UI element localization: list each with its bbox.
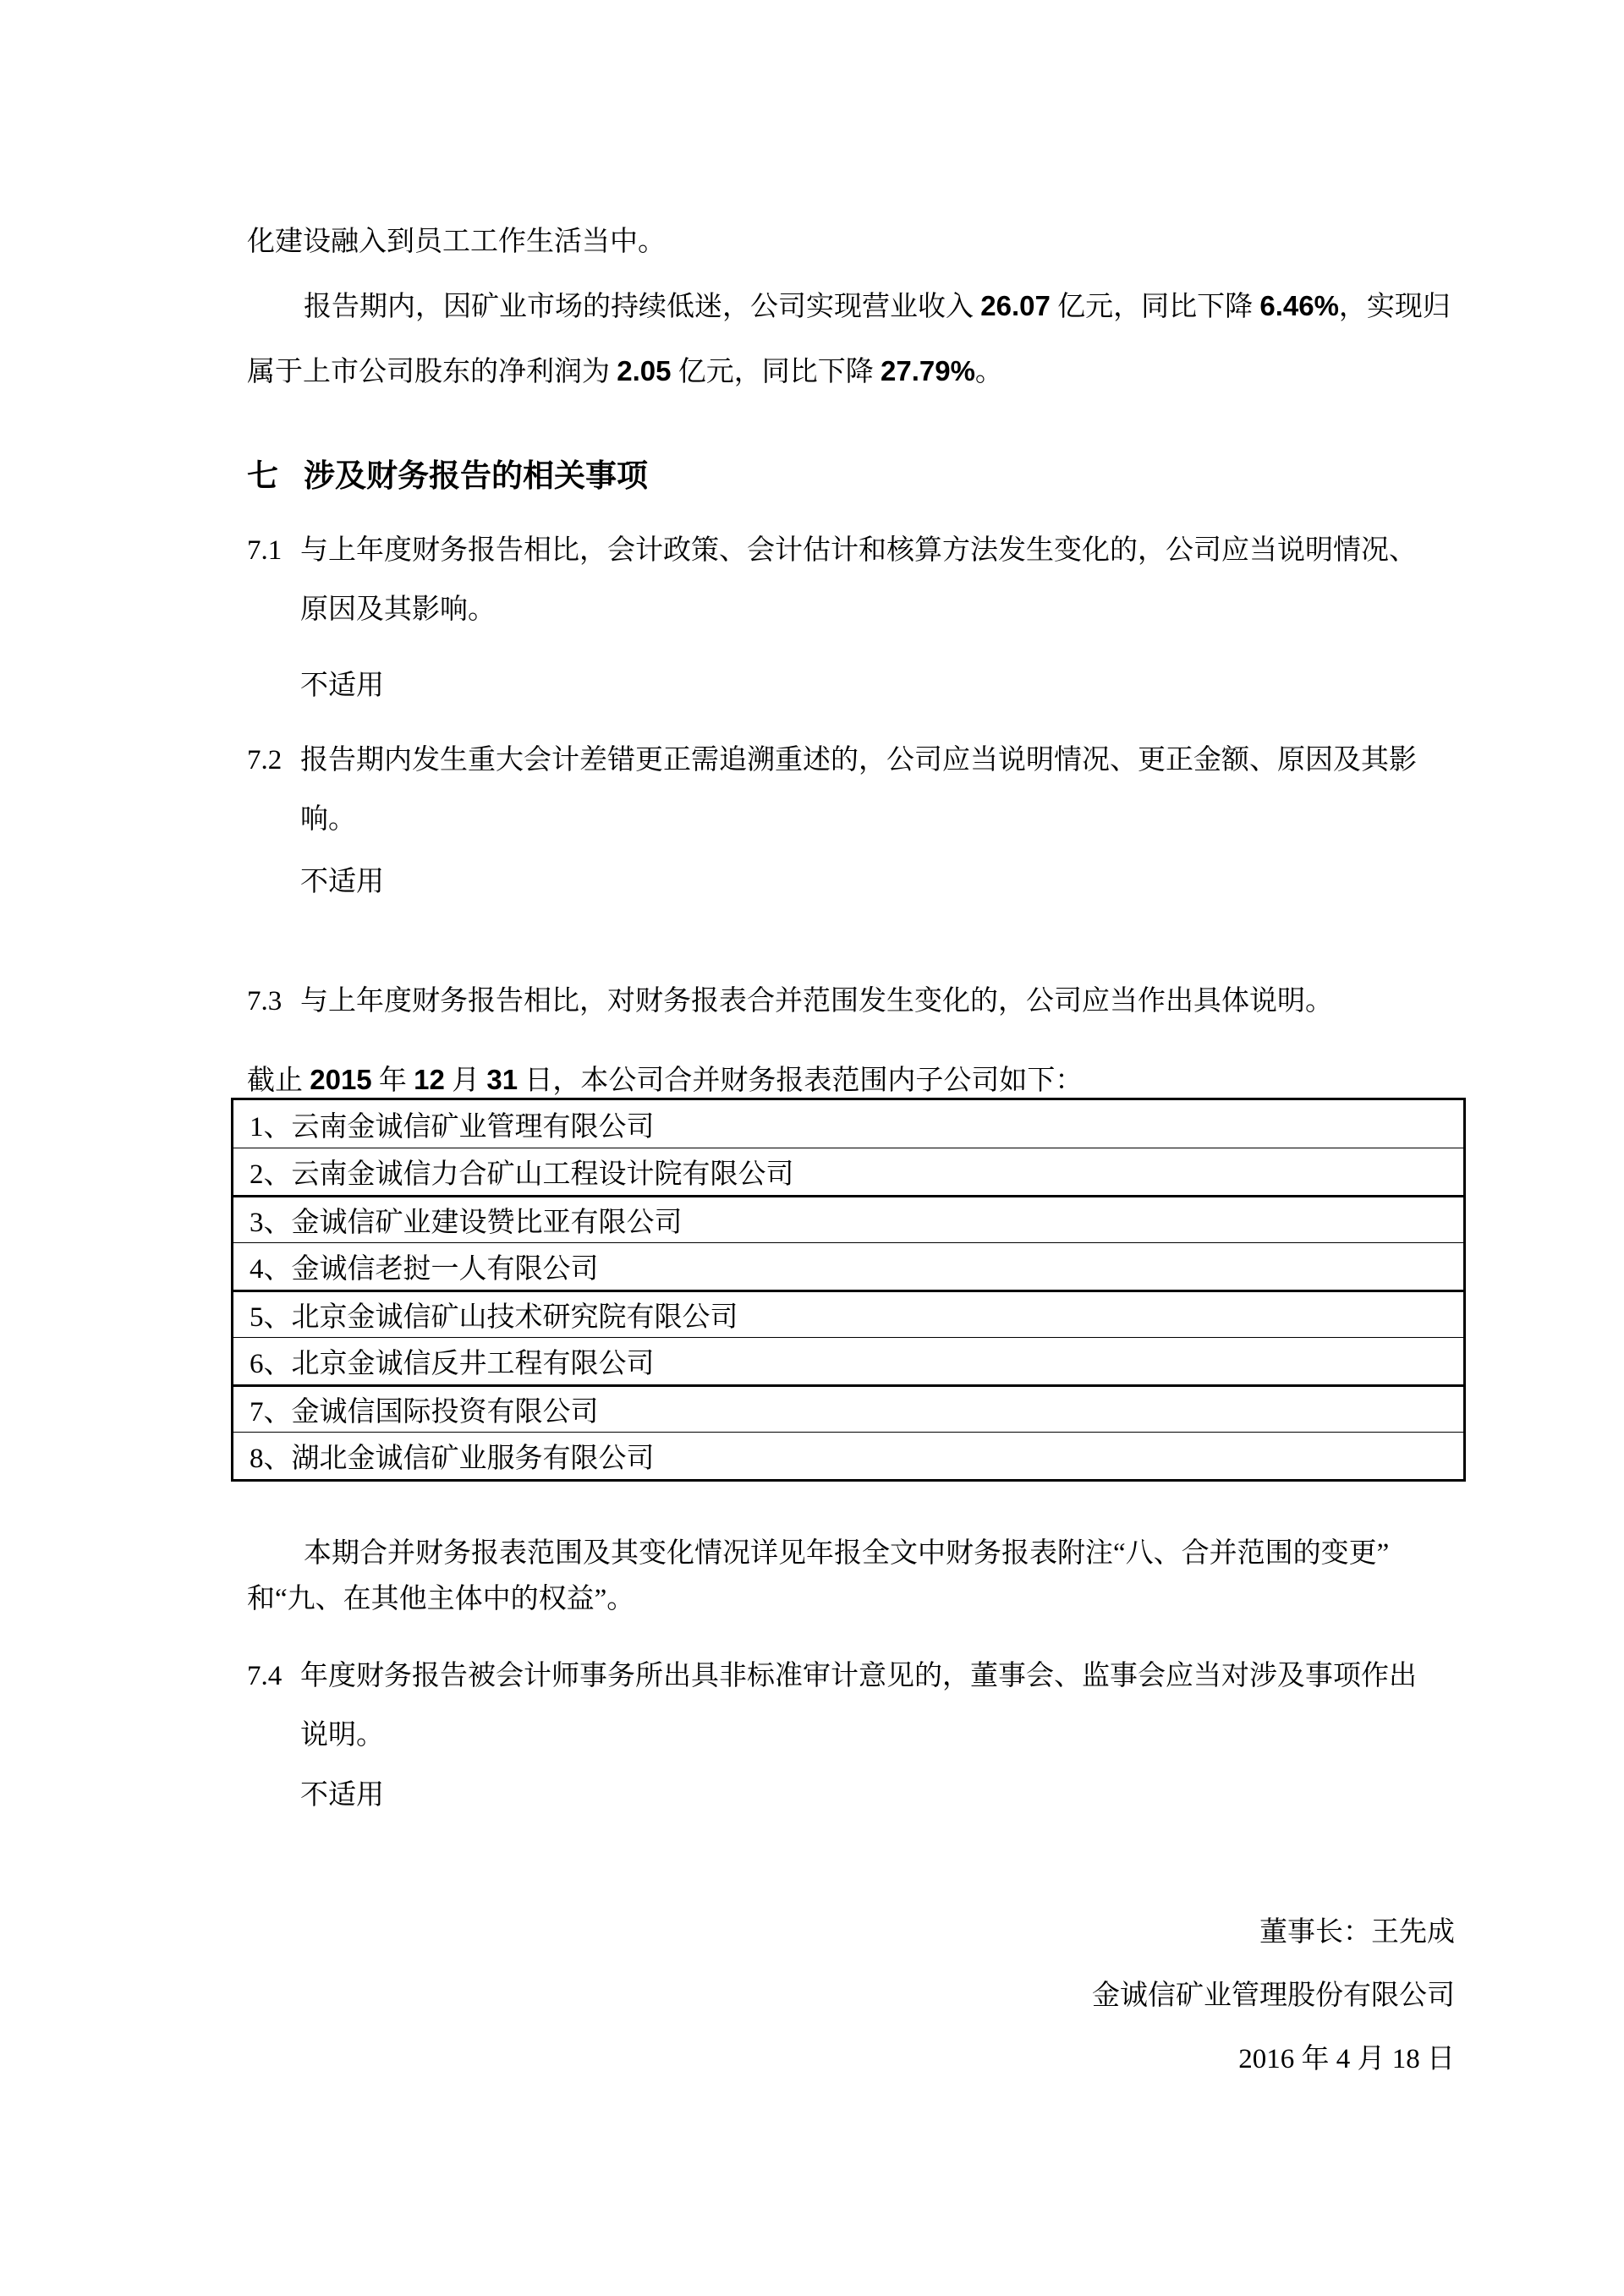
table-row: 3、金诚信矿业建设赞比亚有限公司 [233, 1195, 1463, 1242]
row-index: 7、 [250, 1389, 292, 1429]
table-row: 5、北京金诚信矿山技术研究院有限公司 [233, 1290, 1463, 1337]
row-index: 5、 [250, 1295, 292, 1334]
row-index: 4、 [250, 1247, 292, 1286]
subsidiaries-intro-line: 截止 2015 年 12 月 31 日，本公司合并财务报表范围内子公司如下： [247, 1063, 1455, 1098]
item-7-3-number: 7.3 [247, 972, 282, 1031]
inline-number: 31 [486, 1064, 518, 1095]
inline-number: 6.46% [1259, 290, 1339, 321]
intro-tail-line: 化建设融入到员工工作生活当中。 [247, 211, 1455, 274]
item-7-2-line-1: 报告期内发生重大会计差错更正需追溯重述的，公司应当说明情况、更正金额、原因及其影 [300, 731, 1455, 790]
table-row: 6、北京金诚信反井工程有限公司 [233, 1337, 1463, 1384]
row-company-name: 金诚信矿业建设赞比亚有限公司 [292, 1200, 683, 1240]
table-row: 1、云南金诚信矿业管理有限公司 [233, 1100, 1463, 1148]
scope-note-line-1: 本期合并财务报表范围及其变化情况详见年报全文中财务报表附注“八、合并范围的变更” [247, 1531, 1455, 1576]
item-7-1-line-1: 与上年度财务报告相比，会计政策、会计估计和核算方法发生变化的，公司应当说明情况、 [300, 521, 1455, 580]
item-7-2-answer: 不适用 [247, 852, 1455, 912]
report-page: 化建设融入到员工工作生活当中。 报告期内，因矿业市场的持续低迷，公司实现营业收入… [0, 0, 1624, 2296]
inline-number: 12 [414, 1064, 445, 1095]
table-row: 8、湖北金诚信矿业服务有限公司 [233, 1432, 1463, 1479]
row-company-name: 云南金诚信力合矿山工程设计院有限公司 [292, 1152, 794, 1192]
scope-note-paragraph: 本期合并财务报表范围及其变化情况详见年报全文中财务报表附注“八、合并范围的变更”… [247, 1531, 1455, 1622]
item-7-2: 7.2 报告期内发生重大会计差错更正需追溯重述的，公司应当说明情况、更正金额、原… [247, 731, 1455, 849]
inline-number: 26.07 [980, 290, 1051, 321]
item-7-2-line-2: 响。 [300, 790, 1455, 849]
item-7-4-line-1: 年度财务报告被会计师事务所出具非标准审计意见的，董事会、监事会应当对涉及事项作出 [300, 1647, 1455, 1706]
row-index: 6、 [250, 1341, 292, 1381]
item-7-4-number: 7.4 [247, 1647, 282, 1706]
item-7-1-answer: 不适用 [247, 656, 1455, 715]
row-company-name: 云南金诚信矿业管理有限公司 [292, 1104, 655, 1144]
item-7-1: 7.1 与上年度财务报告相比，会计政策、会计估计和核算方法发生变化的，公司应当说… [247, 521, 1455, 639]
signature-company: 金诚信矿业管理股份有限公司 [247, 1964, 1455, 2028]
row-index: 1、 [250, 1104, 292, 1144]
section-number: 七 [247, 458, 278, 493]
table-row: 7、金诚信国际投资有限公司 [233, 1384, 1463, 1432]
table-row: 2、云南金诚信力合矿山工程设计院有限公司 [233, 1148, 1463, 1195]
row-company-name: 北京金诚信矿山技术研究院有限公司 [292, 1295, 738, 1334]
section-title: 涉及财务报告的相关事项 [304, 458, 648, 493]
item-7-4-answer: 不适用 [247, 1766, 1455, 1825]
row-company-name: 湖北金诚信矿业服务有限公司 [292, 1436, 655, 1476]
signature-chairman: 董事长：王先成 [247, 1901, 1455, 1964]
item-7-4: 7.4 年度财务报告被会计师事务所出具非标准审计意见的，董事会、监事会应当对涉及… [247, 1647, 1455, 1765]
row-index: 2、 [250, 1152, 292, 1192]
inline-number: 27.79% [881, 355, 975, 386]
item-7-2-number: 7.2 [247, 731, 282, 790]
item-7-4-line-2: 说明。 [300, 1706, 1455, 1765]
row-company-name: 金诚信国际投资有限公司 [292, 1389, 599, 1429]
inline-number: 2.05 [617, 355, 671, 386]
table-row: 4、金诚信老挝一人有限公司 [233, 1242, 1463, 1290]
scope-note-line-2: 和“九、在其他主体中的权益”。 [247, 1576, 1455, 1622]
row-index: 8、 [250, 1436, 292, 1476]
item-7-1-line-2: 原因及其影响。 [300, 580, 1455, 639]
report-summary-line-1: 报告期内，因矿业市场的持续低迷，公司实现营业收入 26.07 亿元，同比下降 6… [247, 274, 1455, 339]
signature-date: 2016 年 4 月 18 日 [247, 2028, 1455, 2091]
item-7-3-line-1: 与上年度财务报告相比，对财务报表合并范围发生变化的，公司应当作出具体说明。 [300, 972, 1455, 1031]
row-index: 3、 [250, 1200, 292, 1240]
item-7-3: 7.3 与上年度财务报告相比，对财务报表合并范围发生变化的，公司应当作出具体说明… [247, 972, 1455, 1031]
section-heading: 七涉及财务报告的相关事项 [247, 451, 1455, 501]
row-company-name: 金诚信老挝一人有限公司 [292, 1247, 599, 1286]
row-company-name: 北京金诚信反井工程有限公司 [292, 1341, 655, 1381]
item-7-1-number: 7.1 [247, 521, 282, 580]
report-summary-line-2: 属于上市公司股东的净利润为 2.05 亿元，同比下降 27.79%。 [247, 339, 1455, 404]
inline-number: 2015 [310, 1064, 371, 1095]
report-summary-paragraph: 报告期内，因矿业市场的持续低迷，公司实现营业收入 26.07 亿元，同比下降 6… [247, 274, 1455, 404]
subsidiaries-table: 1、云南金诚信矿业管理有限公司 2、云南金诚信力合矿山工程设计院有限公司 3、金… [231, 1098, 1466, 1482]
